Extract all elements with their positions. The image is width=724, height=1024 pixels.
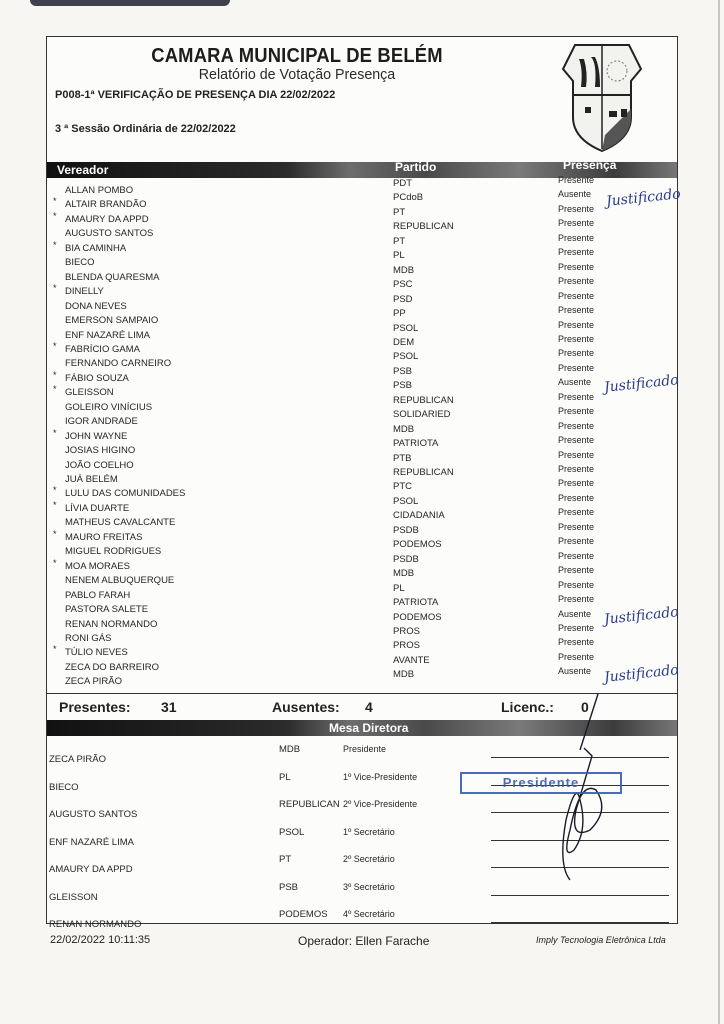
party: DEM [393, 337, 414, 348]
presence-status: Presente [558, 262, 594, 272]
vereador-name: MIGUEL RODRIGUES [65, 546, 161, 557]
presence-status: Presente [558, 421, 594, 431]
vereador-name: ALTAIR BRANDÃO [65, 199, 146, 210]
board-member-name: ZECA PIRÃO [49, 754, 106, 765]
report-footer: 22/02/2022 10:11:35 Operador: Ellen Fara… [0, 934, 724, 950]
row-marker: * [53, 644, 57, 654]
presence-status: Presente [558, 218, 594, 228]
vereador-name: DINELLY [65, 286, 104, 297]
party: AVANTE [393, 655, 430, 666]
party: PTC [393, 481, 412, 492]
party: PSOL [393, 496, 418, 507]
vereador-name: JOHN WAYNE [65, 431, 127, 442]
board-member-name: BIECO [49, 782, 79, 793]
vereador-name: MOA MORAES [65, 561, 130, 572]
column-partido: Partido [395, 160, 436, 174]
party: PP [393, 308, 406, 319]
presence-status: Presente [558, 276, 594, 286]
party: PSDB [393, 554, 419, 565]
vereador-name: LÍVIA DUARTE [65, 503, 129, 514]
row-marker: * [53, 529, 57, 539]
vereador-name: FÁBIO SOUZA [65, 373, 129, 384]
row-marker: * [53, 211, 57, 221]
absent-count: 4 [365, 699, 373, 715]
board-member-party: PSOL [279, 827, 304, 838]
party: PT [393, 236, 405, 247]
president-stamp: Presidente [460, 772, 622, 794]
vereador-name: NENEM ALBUQUERQUE [65, 575, 174, 586]
vereador-name: ALLAN POMBO [65, 185, 133, 196]
vereador-name: RONI GÁS [65, 633, 111, 644]
vereador-name: AMAURY DA APPD [65, 214, 149, 225]
party: MDB [393, 568, 414, 579]
vereador-name: LULU DAS COMUNIDADES [65, 488, 185, 499]
presence-status: Presente [558, 493, 594, 503]
presence-status: Presente [558, 175, 594, 185]
vereador-name: MAURO FREITAS [65, 532, 142, 543]
scan-edge [718, 0, 720, 1024]
board-member-party: REPUBLICAN [279, 799, 340, 810]
party: PROS [393, 640, 420, 651]
presence-status: Presente [558, 247, 594, 257]
vereador-name: JUÁ BELÉM [65, 474, 118, 485]
board-member-role: 1º Secretário [343, 827, 395, 837]
vereador-name: GLEISSON [65, 387, 114, 398]
party: PSOL [393, 323, 418, 334]
presence-status: Presente [558, 536, 594, 546]
board-member-name: AUGUSTO SANTOS [49, 809, 137, 820]
column-vereador: Vereador [57, 163, 108, 177]
signature-line [491, 922, 669, 923]
row-marker: * [53, 485, 57, 495]
vereador-name: ENF NAZARÉ LIMA [65, 330, 150, 341]
board-member-party: PT [279, 854, 291, 865]
presence-status: Presente [558, 522, 594, 532]
presence-status: Presente [558, 406, 594, 416]
vereador-name: BIA CAMINHA [65, 243, 126, 254]
vereador-name: MATHEUS CAVALCANTE [65, 517, 175, 528]
vereador-name: BLENDA QUARESMA [65, 272, 160, 283]
board-member-name: AMAURY DA APPD [49, 864, 133, 875]
presence-status: Presente [558, 435, 594, 445]
party: PCdoB [393, 192, 423, 203]
operator-name: Operador: Ellen Farache [298, 934, 429, 948]
row-marker: * [53, 500, 57, 510]
party: PDT [393, 178, 412, 189]
party: PSB [393, 366, 412, 377]
board-member-party: PL [279, 772, 291, 783]
board-member-row: RENAN NORMANDOPODEMOS4º Secretário [47, 906, 677, 934]
party: PATRIOTA [393, 438, 438, 449]
party: SOLIDARIED [393, 409, 451, 420]
board-member-party: PODEMOS [279, 909, 328, 920]
presence-status: Presente [558, 334, 594, 344]
presence-status: Presente [558, 305, 594, 315]
vereador-name: JOSIAS HIGINO [65, 445, 135, 456]
party: PSC [393, 279, 413, 290]
board-member-name: ENF NAZARÉ LIMA [49, 837, 134, 848]
presence-status: Presente [558, 348, 594, 358]
board-member-name: RENAN NORMANDO [49, 919, 141, 930]
presence-status: Presente [558, 565, 594, 575]
party: PSD [393, 294, 413, 305]
session-line: 3 ª Sessão Ordinária de 22/02/2022 [55, 123, 236, 135]
board-member-role: Presidente [343, 744, 386, 754]
party: MDB [393, 424, 414, 435]
party: REPUBLICAN [393, 221, 454, 232]
party: PROS [393, 626, 420, 637]
presence-status: Presente [558, 507, 594, 517]
party: CIDADANIA [393, 510, 445, 521]
vereador-name: DONA NEVES [65, 301, 127, 312]
vereador-name: RENAN NORMANDO [65, 619, 157, 630]
row-marker: * [53, 384, 57, 394]
present-label: Presentes: [59, 699, 131, 715]
board-member-role: 4º Secretário [343, 909, 395, 919]
party: PODEMOS [393, 612, 442, 623]
presence-status: Ausente [558, 189, 591, 199]
vereador-name: TÚLIO NEVES [65, 647, 128, 658]
party: MDB [393, 669, 414, 680]
board-member-role: 2º Secretário [343, 854, 395, 864]
presence-status: Presente [558, 551, 594, 561]
vereador-name: FERNANDO CARNEIRO [65, 358, 171, 369]
presence-status: Presente [558, 450, 594, 460]
presence-status: Presente [558, 363, 594, 373]
presence-status: Presente [558, 320, 594, 330]
party: PL [393, 583, 405, 594]
presence-status: Presente [558, 580, 594, 590]
row-marker: * [53, 196, 57, 206]
presence-status: Presente [558, 291, 594, 301]
presence-status: Presente [558, 652, 594, 662]
party: PT [393, 207, 405, 218]
party: PSB [393, 380, 412, 391]
presence-status: Ausente [558, 377, 591, 387]
presence-status: Presente [558, 204, 594, 214]
board-member-party: MDB [279, 744, 300, 755]
board-member-role: 3º Secretário [343, 882, 395, 892]
report-subtitle: Relatório de Votação Presença [60, 66, 535, 83]
presence-status: Presente [558, 623, 594, 633]
vereador-name: PASTORA SALETE [65, 604, 148, 615]
party: PSOL [393, 351, 418, 362]
party: REPUBLICAN [393, 467, 454, 478]
board-member-party: PSB [279, 882, 298, 893]
board-member-role: 1º Vice-Presidente [343, 772, 417, 782]
vereador-name: GOLEIRO VINÍCIUS [65, 402, 152, 413]
party: PSDB [393, 525, 419, 536]
vereador-name: ZECA PIRÃO [65, 676, 122, 687]
row-marker: * [53, 428, 57, 438]
party: PODEMOS [393, 539, 442, 550]
presence-status: Presente [558, 478, 594, 488]
vereador-name: PABLO FARAH [65, 590, 130, 601]
row-marker: * [53, 283, 57, 293]
party: PATRIOTA [393, 597, 438, 608]
print-timestamp: 22/02/2022 10:11:35 [50, 934, 150, 946]
row-marker: * [53, 370, 57, 380]
presence-status: Presente [558, 464, 594, 474]
row-marker: * [53, 558, 57, 568]
presence-status: Ausente [558, 666, 591, 676]
board-member-name: GLEISSON [49, 892, 98, 903]
row-marker: * [53, 240, 57, 250]
vereador-name: ZECA DO BARREIRO [65, 662, 159, 673]
vereador-name: AUGUSTO SANTOS [65, 228, 153, 239]
row-marker: * [53, 341, 57, 351]
verification-line: P008-1ª VERIFICAÇÃO DE PRESENÇA DIA 22/0… [55, 89, 335, 101]
party: MDB [393, 265, 414, 276]
vereador-name: JOÃO COELHO [65, 460, 134, 471]
vereador-name: IGOR ANDRADE [65, 416, 138, 427]
presence-status: Presente [558, 637, 594, 647]
party: REPUBLICAN [393, 395, 454, 406]
scan-shadow [30, 0, 230, 6]
presence-status: Presente [558, 594, 594, 604]
absent-label: Ausentes: [272, 699, 340, 715]
board-title: Mesa Diretora [329, 721, 408, 735]
municipal-coat-of-arms-icon [561, 39, 643, 153]
company-credit: Imply Tecnologia Eletrônica Ltda [536, 935, 666, 945]
party: PL [393, 250, 405, 261]
signature-line [491, 895, 669, 896]
presence-status: Ausente [558, 609, 591, 619]
column-presenca: Presença [563, 158, 616, 172]
vereador-name: EMERSON SAMPAIO [65, 315, 158, 326]
presence-status: Presente [558, 233, 594, 243]
present-count: 31 [161, 699, 177, 715]
presence-status: Presente [558, 392, 594, 402]
vereador-name: BIECO [65, 257, 95, 268]
table-row: ZECA PIRÃOMDBAusente [47, 673, 677, 688]
party: PTB [393, 453, 411, 464]
board-member-role: 2º Vice-Presidente [343, 799, 417, 809]
vereador-name: FABRÍCIO GAMA [65, 344, 140, 355]
report-title: CAMARA MUNICIPAL DE BELÉM [67, 45, 527, 68]
